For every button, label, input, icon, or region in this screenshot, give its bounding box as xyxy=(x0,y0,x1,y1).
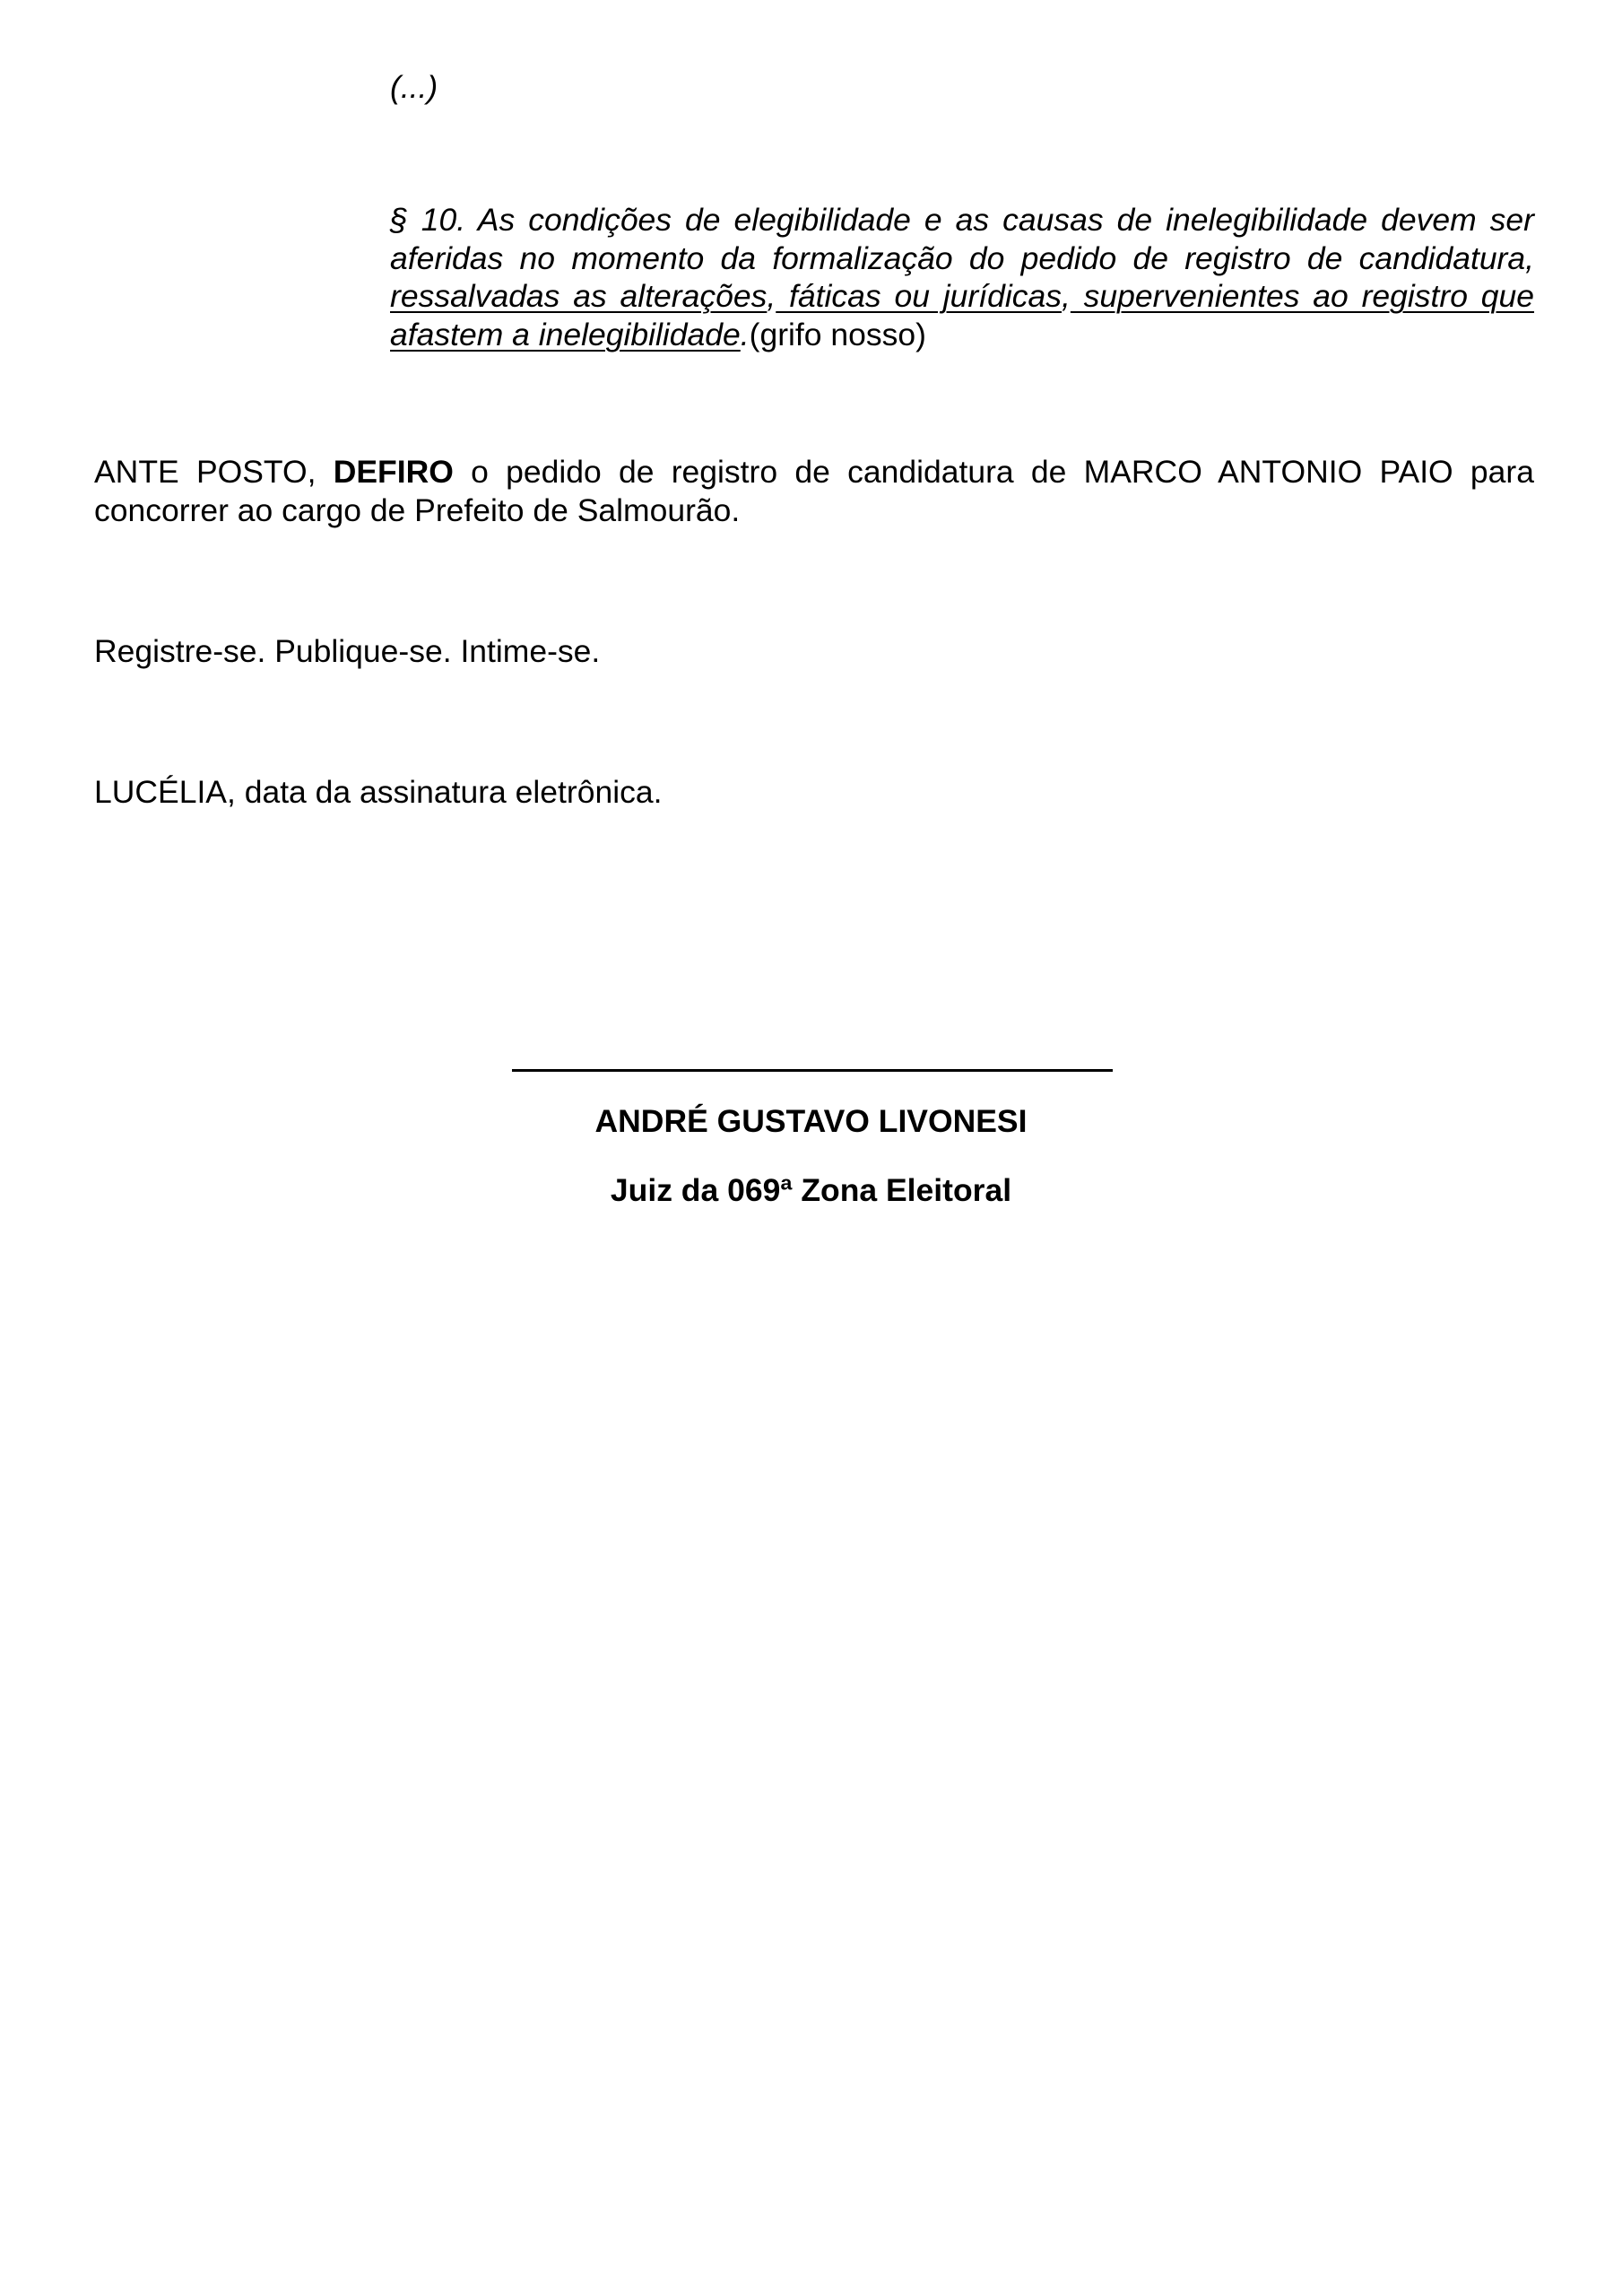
citation-note: (grifo nosso) xyxy=(750,317,926,352)
citation-emphasis-1: ressalvadas as alterações xyxy=(390,278,767,314)
decision-paragraph: ANTE POSTO, DEFIRO o pedido de registro … xyxy=(94,453,1534,529)
signature-line xyxy=(512,1069,1113,1072)
legal-citation: § 10. As condições de elegibilidade e as… xyxy=(390,201,1534,353)
decision-verdict: DEFIRO xyxy=(334,454,454,490)
citation-lead: § 10. As condições de elegibilidade e as… xyxy=(390,202,1534,276)
decision-prefix: ANTE POSTO, xyxy=(94,454,334,490)
citation-period: . xyxy=(741,317,750,352)
citation-separator-2: , xyxy=(1062,278,1071,314)
citation-separator-1: , xyxy=(767,278,776,314)
signatory-title: Juiz da 069ª Zona Eleitoral xyxy=(0,1171,1622,1209)
signatory-name: ANDRÉ GUSTAVO LIVONESI xyxy=(0,1102,1622,1140)
omitted-text-marker: (...) xyxy=(390,68,438,107)
orders-paragraph: Registre-se. Publique-se. Intime-se. xyxy=(94,632,1534,671)
citation-emphasis-2: fáticas ou jurídicas xyxy=(776,278,1062,314)
place-date-paragraph: LUCÉLIA, data da assinatura eletrônica. xyxy=(94,773,1534,812)
document-page: (...) § 10. As condições de elegibilidad… xyxy=(0,0,1622,2296)
